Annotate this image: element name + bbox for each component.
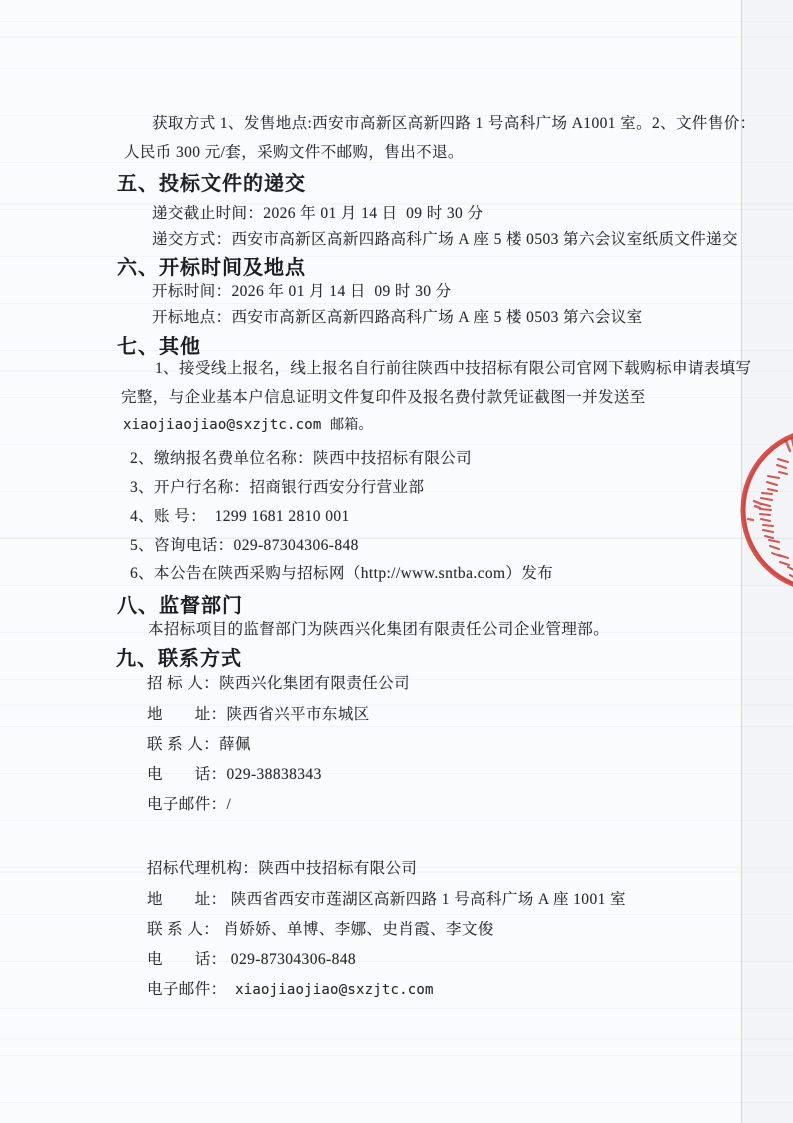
tenderer-phone-row: 电 话：029-38838343	[147, 762, 322, 784]
acquisition-paragraph-line-2: 人民币 300 元/套，采购文件不邮购，售出不退。	[124, 140, 464, 162]
section-7-heading: 七、其他	[117, 330, 201, 359]
agency-name-value: 陕西中技招标有限公司	[258, 860, 417, 877]
tenderer-contact-value: 薛佩	[219, 736, 251, 753]
agency-address-value: 陕西省西安市莲湖区高新四路 1 号高科广场 A 座 1001 室	[227, 891, 626, 908]
section-6-heading: 六、开标时间及地点	[117, 251, 306, 280]
agency-phone-row: 电 话： 029-87304306-848	[147, 947, 356, 969]
other-item-1-line-2: 完整，与企业基本户信息证明文件复印件及报名费付款凭证截图一并发送至	[121, 385, 646, 407]
agency-name-row: 招标代理机构：陕西中技招标有限公司	[147, 856, 417, 878]
agency-email-value: xiaojiaojiao@sxzjtc.com	[227, 982, 434, 998]
bid-opening-time-line: 开标时间：2026 年 01 月 14 日 09 时 30 分	[152, 279, 452, 301]
acquisition-paragraph-line-1: 获取方式 1、发售地点:西安市高新区高新四路 1 号高科广场 A1001 室。2…	[152, 111, 756, 133]
agency-contact-label: 联 系 人：	[147, 917, 219, 939]
section-9-heading: 九、联系方式	[116, 642, 242, 671]
agency-contact-row: 联 系 人： 肖娇娇、单博、李娜、史肖霞、李文俊	[147, 917, 494, 939]
tenderer-name-value: 陕西兴化集团有限责任公司	[219, 675, 410, 692]
other-item-4-account-number: 4、账 号： 1299 1681 2810 001	[130, 504, 350, 526]
supervision-department-line: 本招标项目的监督部门为陕西兴化集团有限责任公司企业管理部。	[148, 617, 609, 639]
other-item-2-payee-name: 2、缴纳报名费单位名称：陕西中技招标有限公司	[130, 446, 472, 468]
other-item-5-inquiry-phone: 5、咨询电话：029-87304306-848	[130, 533, 359, 555]
other-item-6-announcement-site: 6、本公告在陕西采购与招标网（http://www.sntba.com）发布	[130, 561, 553, 583]
other-item-3-bank-name: 3、开户行名称：招商银行西安分行营业部	[130, 475, 424, 497]
agency-email-label: 电子邮件：	[147, 977, 227, 999]
agency-contact-value: 肖娇娇、单博、李娜、史肖霞、李文俊	[219, 921, 494, 938]
tenderer-contact-row: 联 系 人：薛佩	[147, 732, 251, 754]
tenderer-contact-label: 联 系 人：	[147, 732, 219, 754]
tenderer-name-label: 招 标 人：	[147, 671, 219, 693]
agency-email-row: 电子邮件： xiaojiaojiao@sxzjtc.com	[147, 977, 434, 999]
agency-address-row: 地 址： 陕西省西安市莲湖区高新四路 1 号高科广场 A 座 1001 室	[147, 887, 626, 909]
tenderer-address-row: 地 址：陕西省兴平市东城区	[147, 702, 370, 724]
tenderer-address-label: 地 址：	[147, 702, 227, 724]
section-8-heading: 八、监督部门	[117, 589, 243, 618]
agency-phone-label: 电 话：	[147, 947, 227, 969]
tenderer-email-row: 电子邮件：/	[147, 792, 231, 814]
other-item-1-line-1: 1、接受线上报名，线上报名自行前往陕西中技招标有限公司官网下载购标申请表填写	[155, 356, 751, 378]
bid-opening-place-line: 开标地点：西安市高新区高新四路高科广场 A 座 5 楼 0503 第六会议室	[152, 305, 643, 327]
agency-phone-value: 029-87304306-848	[227, 951, 357, 968]
section-5-heading: 五、投标文件的递交	[117, 167, 306, 196]
other-item-1-email-line: xiaojiaojiao@sxzjtc.com 邮箱。	[123, 414, 373, 434]
tenderer-phone-value: 029-38838343	[227, 766, 322, 783]
tenderer-email-label: 电子邮件：	[147, 792, 227, 814]
agency-name-label: 招标代理机构：	[147, 856, 258, 878]
agency-address-label: 地 址：	[147, 887, 227, 909]
tenderer-address-value: 陕西省兴平市东城区	[227, 706, 370, 723]
scanned-document-page: 获取方式 1、发售地点:西安市高新区高新四路 1 号高科广场 A1001 室。2…	[0, 0, 793, 1123]
tenderer-name-row: 招 标 人：陕西兴化集团有限责任公司	[147, 671, 410, 693]
submission-method-line: 递交方式：西安市高新区高新四路高科广场 A 座 5 楼 0503 第六会议室纸质…	[152, 227, 738, 249]
scan-right-strip	[742, 0, 793, 1123]
scan-edge-line	[741, 0, 742, 1123]
tenderer-email-value: /	[227, 796, 232, 813]
submission-deadline-line: 递交截止时间：2026 年 01 月 14 日 09 时 30 分	[152, 201, 483, 223]
tenderer-phone-label: 电 话：	[147, 762, 227, 784]
